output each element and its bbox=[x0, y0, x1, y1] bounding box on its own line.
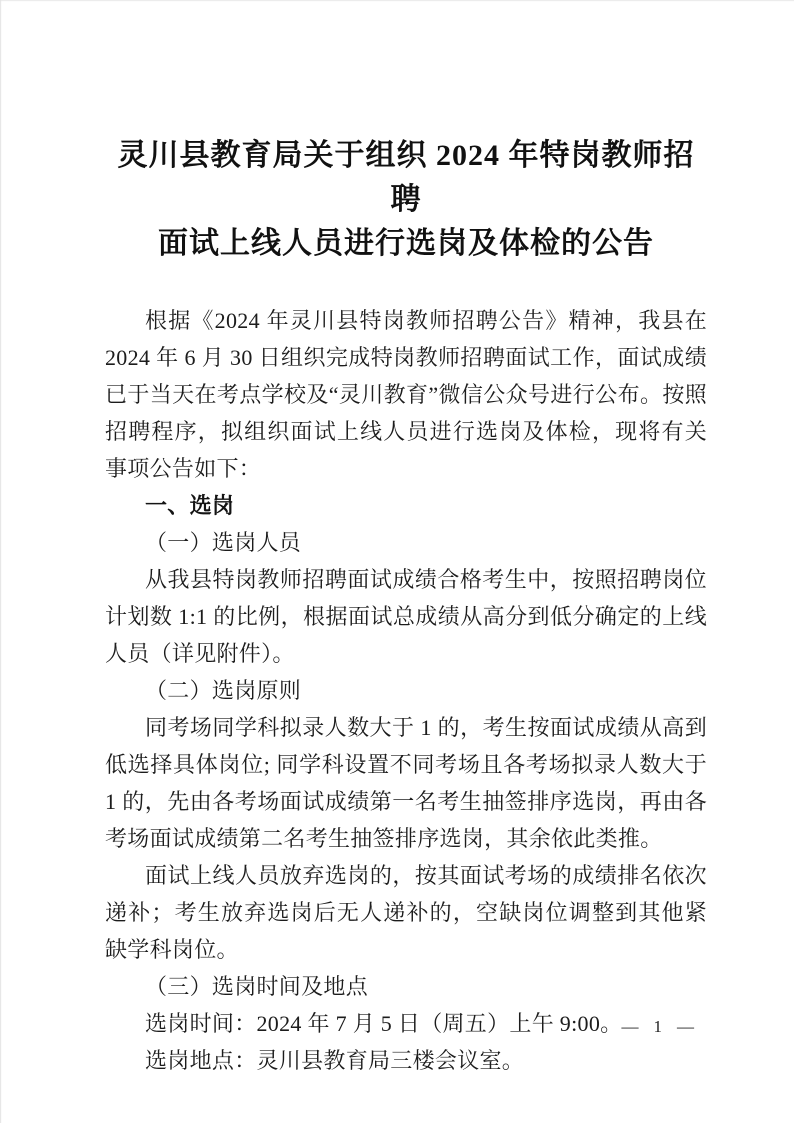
document-title: 灵川县教育局关于组织 2024 年特岗教师招聘 面试上线人员进行选岗及体检的公告 bbox=[105, 134, 707, 266]
paragraph-principles: 同考场同学科拟录人数大于 1 的，考生按面试成绩从高到低选择具体岗位; 同学科设… bbox=[105, 709, 707, 857]
paragraph-candidates: 从我县特岗教师招聘面试成绩合格考生中，按照招聘岗位计划数 1:1 的比例，根据面… bbox=[105, 561, 707, 672]
subheading-1-2: （二）选岗原则 bbox=[105, 672, 707, 709]
document-title-line-1: 灵川县教育局关于组织 2024 年特岗教师招聘 bbox=[105, 134, 707, 222]
document-body: 根据《2024 年灵川县特岗教师招聘公告》精神，我县在 2024 年 6 月 3… bbox=[105, 302, 707, 1079]
paragraph-time: 选岗时间：2024 年 7 月 5 日（周五）上午 9:00。 bbox=[105, 1005, 707, 1042]
subheading-1-1: （一）选岗人员 bbox=[105, 524, 707, 561]
paragraph-location: 选岗地点：灵川县教育局三楼会议室。 bbox=[105, 1042, 707, 1079]
subheading-1-3: （三）选岗时间及地点 bbox=[105, 968, 707, 1005]
document-content: 灵川县教育局关于组织 2024 年特岗教师招聘 面试上线人员进行选岗及体检的公告… bbox=[105, 0, 707, 1079]
page-number-footer: —1— bbox=[622, 1016, 695, 1038]
footer-dash-right: — bbox=[677, 1017, 694, 1036]
paragraph-replacement: 面试上线人员放弃选岗的，按其面试考场的成绩排名依次递补；考生放弃选岗后无人递补的… bbox=[105, 857, 707, 968]
document-title-line-2: 面试上线人员进行选岗及体检的公告 bbox=[105, 222, 707, 266]
heading-section-1: 一、选岗 bbox=[105, 487, 707, 524]
page-number: 1 bbox=[654, 1017, 663, 1036]
document-page: 灵川县教育局关于组织 2024 年特岗教师招聘 面试上线人员进行选岗及体检的公告… bbox=[0, 0, 794, 1123]
paragraph-intro: 根据《2024 年灵川县特岗教师招聘公告》精神，我县在 2024 年 6 月 3… bbox=[105, 302, 707, 487]
footer-dash-left: — bbox=[622, 1017, 639, 1036]
